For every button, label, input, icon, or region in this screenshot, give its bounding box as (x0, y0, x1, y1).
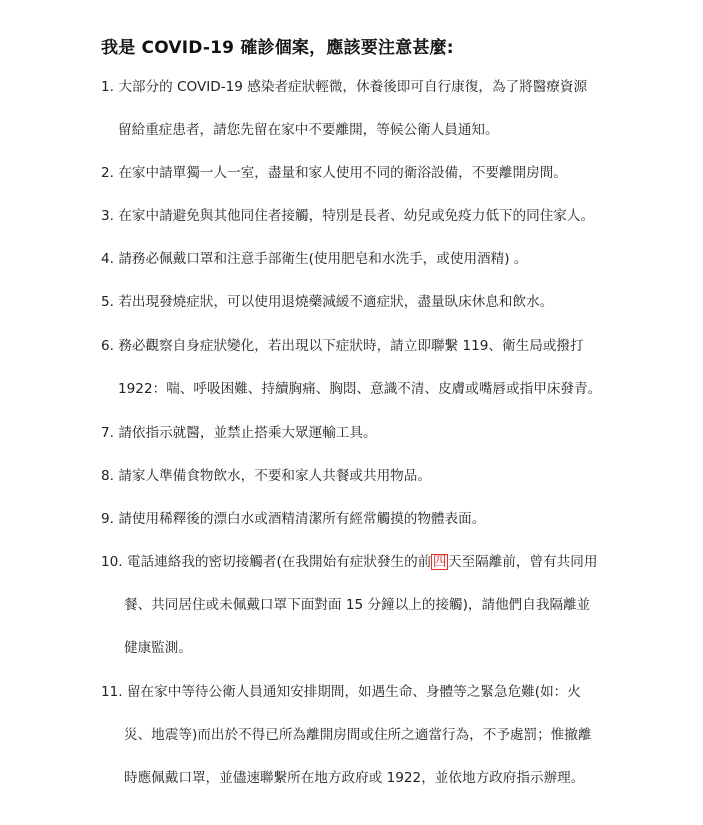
list-item-3: 3. 在家中請避免與其他同住者接觸，特別是長者、幼兒或免疫力低下的同住家人。 (101, 206, 594, 226)
list-item-1-cont: 留給重症患者，請您先留在家中不要離開，等候公衛人員通知。 (118, 120, 499, 140)
list-item-10: 10. 電話連絡我的密切接觸者(在我開始有症狀發生的前四天至隔離前，曾有共同用 (101, 552, 597, 572)
item-text: 在家中請避免與其他同住者接觸，特別是長者、幼兒或免疫力低下的同住家人。 (118, 208, 594, 224)
highlighted-day-count: 四 (431, 554, 448, 570)
list-item-11-cont-1: 災、地震等)而出於不得已所為離開房間或住所之適當行為，不予處罰；惟撤離 (124, 725, 592, 745)
item-number: 1. (101, 77, 114, 97)
item-number: 6. (101, 336, 114, 356)
page-title: 我是 COVID-19 確診個案，應該要注意甚麼: (101, 33, 454, 58)
item-number: 7. (101, 423, 114, 443)
list-item-1: 1. 大部分的 COVID-19 感染者症狀輕微，休養後即可自行康復，為了將醫療… (101, 77, 587, 97)
item-text: 留在家中等待公衛人員通知安排期間，如遇生命、身體等之緊急危難(如：火 (127, 684, 581, 700)
item-number: 11. (101, 682, 123, 702)
item-number: 2. (101, 163, 114, 183)
document-page: 我是 COVID-19 確診個案，應該要注意甚麼: 1. 大部分的 COVID-… (0, 0, 703, 825)
item-number: 3. (101, 206, 114, 226)
item-text: 大部分的 COVID-19 感染者症狀輕微，休養後即可自行康復，為了將醫療資源 (118, 79, 587, 95)
item-text: 電話連絡我的密切接觸者(在我開始有症狀發生的前 (127, 554, 431, 570)
list-item-4: 4. 請務必佩戴口罩和注意手部衛生(使用肥皂和水洗手，或使用酒精) 。 (101, 249, 527, 269)
list-item-8: 8. 請家人準備食物飲水，不要和家人共餐或共用物品。 (101, 466, 431, 486)
list-item-11-cont-2: 時應佩戴口罩，並儘速聯繫所在地方政府或 1922，並依地方政府指示辦理。 (124, 768, 584, 788)
item-number: 8. (101, 466, 114, 486)
item-text: 請家人準備食物飲水，不要和家人共餐或共用物品。 (118, 468, 431, 484)
item-text: 天至隔離前，曾有共同用 (448, 554, 598, 570)
list-item-6-cont: 1922：喘、呼吸困難、持續胸痛、胸悶、意識不清、皮膚或嘴唇或指甲床發青。 (118, 379, 601, 399)
list-item-11: 11. 留在家中等待公衛人員通知安排期間，如遇生命、身體等之緊急危難(如：火 (101, 682, 581, 702)
item-text: 請依指示就醫，並禁止搭乘大眾運輸工具。 (118, 425, 376, 441)
item-text: 若出現發燒症狀，可以使用退燒藥減緩不適症狀，盡量臥床休息和飲水。 (118, 294, 553, 310)
list-item-6: 6. 務必觀察自身症狀變化，若出現以下症狀時，請立即聯繫 119、衛生局或撥打 (101, 336, 584, 356)
list-item-7: 7. 請依指示就醫，並禁止搭乘大眾運輸工具。 (101, 423, 377, 443)
item-number: 4. (101, 249, 114, 269)
item-text: 請使用稀釋後的漂白水或酒精清潔所有經常觸摸的物體表面。 (118, 511, 485, 527)
item-text: 請務必佩戴口罩和注意手部衛生(使用肥皂和水洗手，或使用酒精) 。 (118, 251, 527, 267)
item-text: 務必觀察自身症狀變化，若出現以下症狀時，請立即聯繫 119、衛生局或撥打 (118, 338, 583, 354)
list-item-2: 2. 在家中請單獨一人一室，盡量和家人使用不同的衛浴設備，不要離開房間。 (101, 163, 567, 183)
list-item-10-cont-1: 餐、共同居住或未佩戴口罩下面對面 15 分鐘以上的接觸)，請他們自我隔離並 (124, 595, 590, 615)
item-number: 9. (101, 509, 114, 529)
item-number: 10. (101, 552, 123, 572)
item-text: 在家中請單獨一人一室，盡量和家人使用不同的衛浴設備，不要離開房間。 (118, 165, 567, 181)
item-number: 5. (101, 292, 114, 312)
list-item-5: 5. 若出現發燒症狀，可以使用退燒藥減緩不適症狀，盡量臥床休息和飲水。 (101, 292, 553, 312)
list-item-9: 9. 請使用稀釋後的漂白水或酒精清潔所有經常觸摸的物體表面。 (101, 509, 485, 529)
list-item-10-cont-2: 健康監測。 (124, 638, 192, 658)
